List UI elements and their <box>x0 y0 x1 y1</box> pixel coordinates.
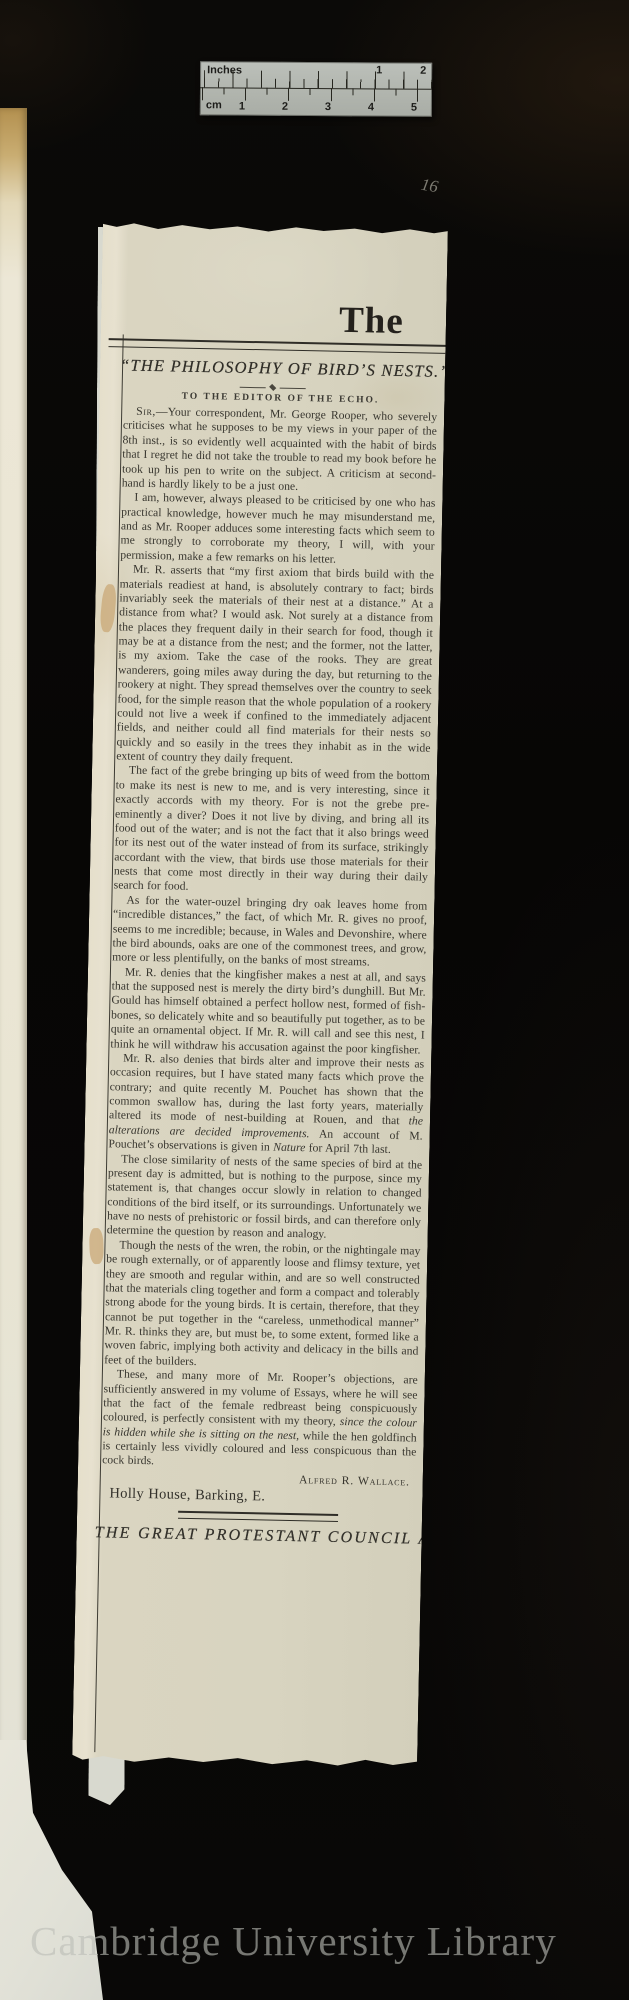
ruler-number: 2 <box>420 65 426 77</box>
closing-double-rule <box>178 1510 338 1521</box>
article-paragraph: Mr. R. also denies that birds alter and … <box>108 1051 424 1158</box>
article-headline: “THE PHILOSOPHY OF BIRD’S NESTS.” <box>120 355 442 381</box>
ruler-number: 3 <box>325 101 331 113</box>
newspaper-clipping: The “THE PHILOSOPHY OF BIRD’S NESTS.” TO… <box>72 222 448 1769</box>
ornament-line <box>279 387 305 389</box>
next-article-headline: THE GREAT PROTESTANT COUNCIL AT <box>95 1526 415 1547</box>
article-body: Sir,—Your correspondent, Mr. George Roop… <box>101 404 438 1546</box>
ruler-cm-numbers: 12345 <box>200 61 432 63</box>
scanned-page: Inches cm 12 12345 16 The “THE PHILOSOPH… <box>0 0 629 2000</box>
article-paragraph: The fact of the grebe bringing up bits o… <box>114 764 431 900</box>
article-paragraph: Mr. R. denies that the kingfisher makes … <box>110 965 426 1058</box>
ornament-line <box>239 386 265 388</box>
ruler-number: 1 <box>239 100 245 112</box>
article-paragraph: Though the nests of the wren, the robin,… <box>104 1238 421 1374</box>
article-paragraph: Mr. R. asserts that “my first axiom that… <box>116 563 434 771</box>
measurement-ruler: Inches cm 12 12345 <box>200 61 432 117</box>
ornament-diamond <box>269 384 276 391</box>
paragraphs: Sir,—Your correspondent, Mr. George Roop… <box>102 404 437 1474</box>
ruler-cm-label: cm <box>206 99 222 111</box>
ruler-inch-numbers: 12 <box>200 61 432 63</box>
pencil-page-number: 16 <box>419 175 439 198</box>
ruler-number: 4 <box>368 101 374 113</box>
library-watermark: Cambridge University Library <box>30 1917 610 1965</box>
ruler-number: 2 <box>282 101 288 113</box>
address-line: Holly House, Barking, E. <box>101 1486 415 1507</box>
article-paragraph: As for the water-ouzel bringing dry oak … <box>112 893 427 971</box>
article-paragraph: The close similarity of nests of the sam… <box>107 1152 423 1245</box>
torn-edge-fragment <box>99 584 117 633</box>
article-paragraph: These, and many more of Mr. Rooper’s obj… <box>102 1367 418 1474</box>
torn-edge-fragment <box>89 1228 104 1264</box>
album-page-edge <box>0 108 27 2000</box>
article-paragraph: I am, however, always pleased to be crit… <box>120 491 435 569</box>
article-paragraph: Sir,—Your correspondent, Mr. George Roop… <box>122 404 438 497</box>
ruler-number: 5 <box>411 102 417 114</box>
ruler-number: 1 <box>376 64 382 76</box>
masthead-fragment: The <box>339 299 405 343</box>
